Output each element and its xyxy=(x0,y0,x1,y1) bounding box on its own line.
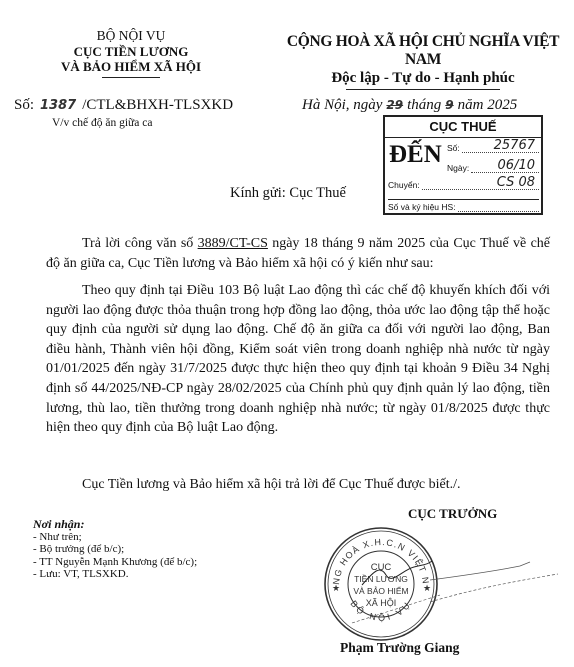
header-divider xyxy=(102,77,160,78)
recipient-item: - Bộ trưởng (để b/c); xyxy=(33,543,197,556)
stamp-hs-label: Số và ký hiệu HS: xyxy=(388,202,456,212)
stamp-title: CỤC THUẾ xyxy=(385,117,541,138)
number-suffix: /CTL&BHXH-TLSXKD xyxy=(82,97,233,113)
stamp-hs-dots xyxy=(458,203,539,212)
stamp-so-dots: 25767 xyxy=(462,144,539,153)
national-header: CỘNG HOÀ XÃ HỘI CHỦ NGHĨA VIỆT NAM Độc l… xyxy=(272,33,574,90)
stamp-so-value: 25767 xyxy=(494,138,535,153)
received-stamp: CỤC THUẾ ĐẾN Số: 25767 Ngày: 06/10 Chuyể… xyxy=(383,115,543,215)
date-year: năm 2025 xyxy=(458,97,518,113)
country-name: CỘNG HOÀ XÃ HỘI CHỦ NGHĨA VIỆT NAM xyxy=(272,33,574,69)
issue-date: Hà Nội, ngày29tháng9năm 2025 xyxy=(302,97,517,114)
document-number: Số:1387/CTL&BHXH-TLSXKD xyxy=(14,97,233,114)
stamp-hs-row: Số và ký hiệu HS: xyxy=(388,199,539,212)
svg-text:CỤC: CỤC xyxy=(371,562,392,573)
stamp-ngay-label: Ngày: xyxy=(447,163,469,173)
stamp-ngay-row: Ngày: 06/10 xyxy=(447,163,539,173)
stamp-den-label: ĐẾN xyxy=(389,141,442,169)
date-month: 9 xyxy=(445,98,453,112)
referenced-document: 3889/CT-CS xyxy=(198,236,268,251)
document-subject: V/v chế độ ăn giữa ca xyxy=(52,117,152,129)
svg-text:XÃ HỘI: XÃ HỘI xyxy=(366,598,397,608)
signer-title: CỤC TRƯỞNG xyxy=(408,506,497,522)
para1-pre: Trả lời công văn số xyxy=(82,236,198,251)
signer-name: Phạm Trường Giang xyxy=(340,640,459,656)
stamp-so-label: Số: xyxy=(447,143,460,153)
stamp-ngay-dots: 06/10 xyxy=(471,164,539,173)
national-motto: Độc lập - Tự do - Hạnh phúc xyxy=(272,69,574,87)
recipient-item: - TT Nguyễn Mạnh Khương (để b/c); xyxy=(33,556,197,569)
department-name-line2: VÀ BẢO HIỂM XÃ HỘI xyxy=(0,59,262,74)
recipient-item: - Lưu: VT, TLSXKD. xyxy=(33,568,197,581)
svg-text:★: ★ xyxy=(332,583,340,593)
greeting: Kính gửi: Cục Thuế xyxy=(230,185,346,202)
stamp-chuyen-dots: CS 08 xyxy=(422,181,539,190)
number-label: Số: xyxy=(14,97,34,113)
number-handwritten: 1387 xyxy=(40,98,76,113)
stamp-chuyen-value: CS 08 xyxy=(497,175,535,190)
body-paragraph-1: Trả lời công văn số 3889/CT-CS ngày 18 t… xyxy=(46,234,550,273)
body-paragraph-2: Theo quy định tại Điều 103 Bộ luật Lao đ… xyxy=(46,281,550,438)
official-seal-icon: CỘNG HOÀ X.H.C.N VIỆT NAM BỘ NỘI VỤ ★ ★ … xyxy=(322,525,440,643)
signature-stroke-icon xyxy=(430,560,560,610)
motto-divider xyxy=(346,89,500,90)
stamp-ngay-value: 06/10 xyxy=(498,158,535,173)
svg-text:VÀ BẢO HIỂM: VÀ BẢO HIỂM xyxy=(353,585,408,596)
body-paragraph-3: Cục Tiền lương và Bảo hiểm xã hội trả lờ… xyxy=(46,475,550,495)
svg-text:TIỀN LƯƠNG: TIỀN LƯƠNG xyxy=(354,574,408,584)
department-name-line1: CỤC TIỀN LƯƠNG xyxy=(0,44,262,59)
stamp-so-row: Số: 25767 xyxy=(447,143,539,153)
issuer-header: BỘ NỘI VỤ CỤC TIỀN LƯƠNG VÀ BẢO HIỂM XÃ … xyxy=(0,28,262,78)
recipients-block: Nơi nhận: - Như trên; - Bộ trưởng (để b/… xyxy=(33,518,197,581)
ministry-name: BỘ NỘI VỤ xyxy=(0,28,262,44)
recipient-item: - Như trên; xyxy=(33,531,197,544)
date-month-label: tháng xyxy=(407,97,441,113)
recipients-heading: Nơi nhận: xyxy=(33,518,197,531)
date-prefix: Hà Nội, ngày xyxy=(302,97,382,113)
stamp-chuyen-label: Chuyển: xyxy=(388,180,420,190)
stamp-chuyen-row: Chuyển: CS 08 xyxy=(388,180,539,190)
date-day: 29 xyxy=(386,98,403,112)
